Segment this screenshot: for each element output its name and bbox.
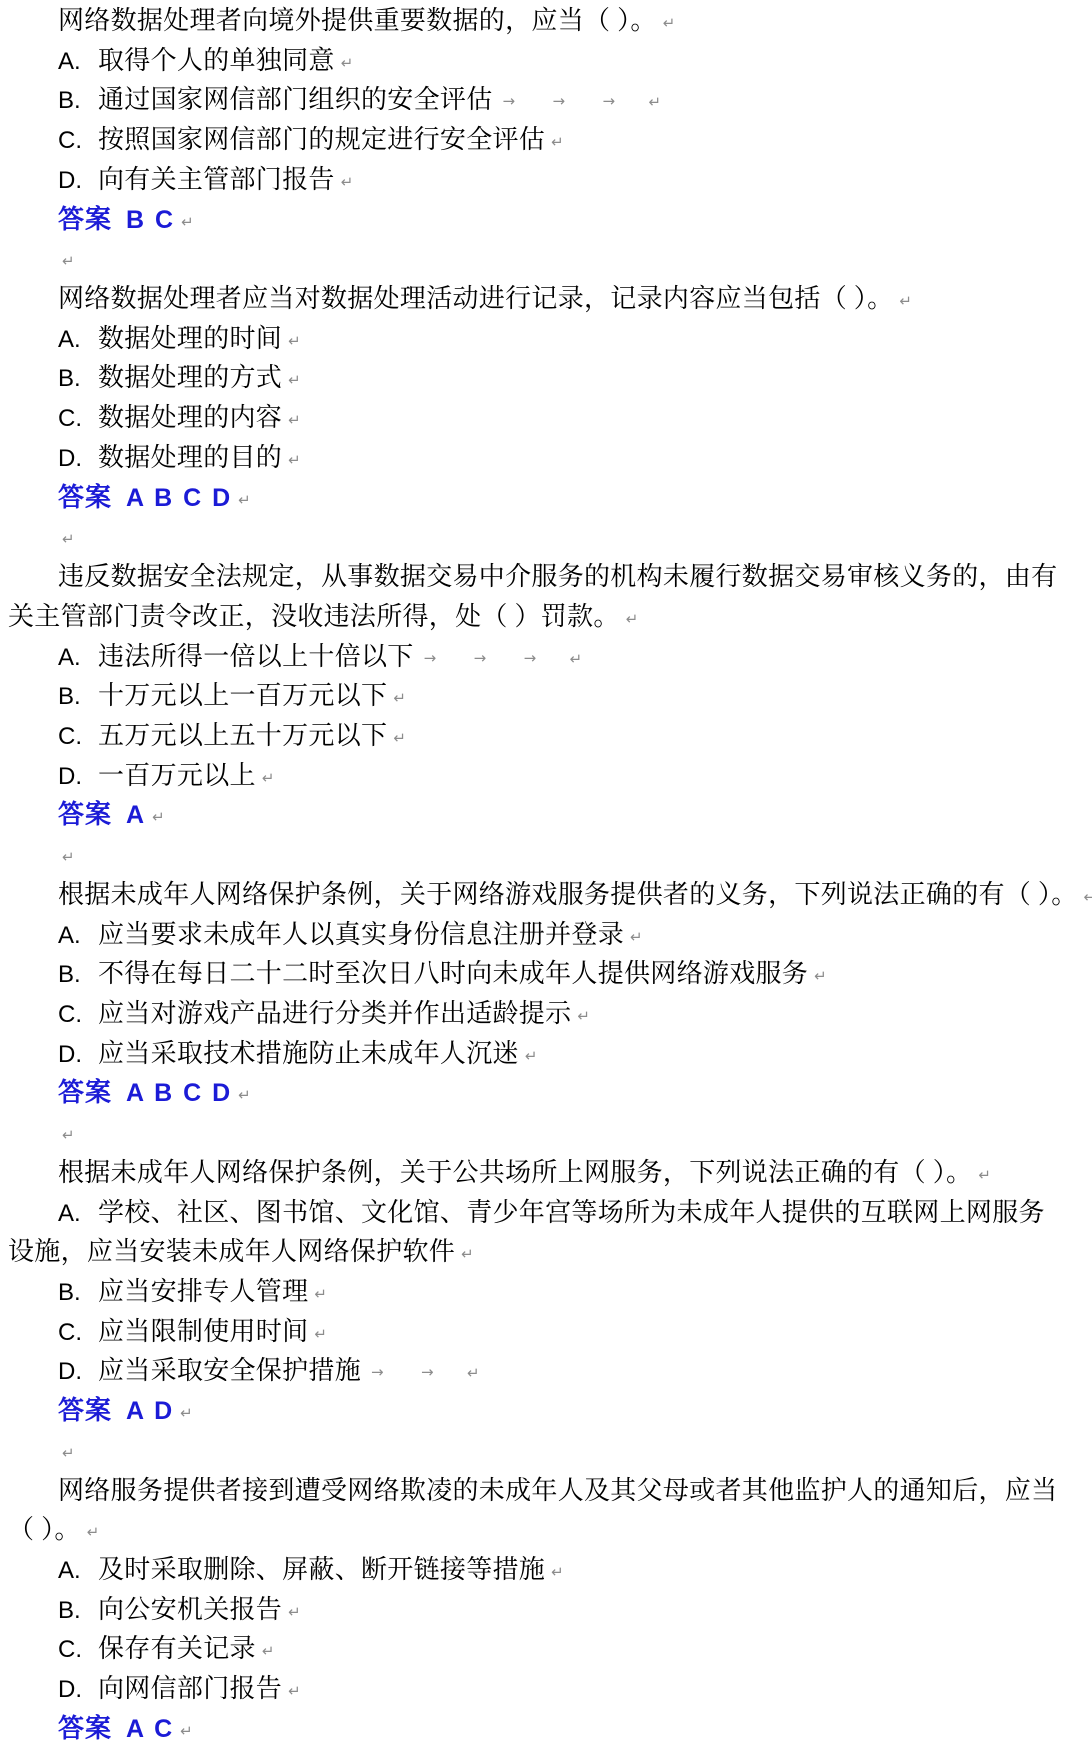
option-line: C.按照国家网信部门的规定进行安全评估↵ [0,120,1092,160]
option-letter: A. [58,42,98,82]
option-text: 应当要求未成年人以真实身份信息注册并登录 [98,920,624,949]
pilcrow-icon: ↵ [525,1047,538,1065]
pilcrow-icon: ↵ [288,371,301,389]
option-letter: C. [58,1630,98,1670]
pilcrow-icon: ↵ [393,689,406,707]
answer-label: 答案 [58,1714,112,1743]
option-letter: A. [58,320,98,360]
answer-line: 答案A C↵ [0,1709,1092,1748]
tab-arrow-icon: → [411,1353,461,1393]
answer-label: 答案 [58,205,112,234]
pilcrow-icon: ↵ [626,610,639,628]
answer-letters: A B C D [126,484,232,512]
question-line: 根据未成年人网络保护条例，关于网络游戏服务提供者的义务，下列说法正确的有（ ）。… [0,875,1092,915]
pilcrow-icon: ↵ [62,1444,75,1462]
option-text: 向有关主管部门报告 [98,165,335,194]
pilcrow-icon: ↵ [814,967,827,985]
answer-line: 答案A B C D↵ [0,1073,1092,1113]
option-letter: A. [58,1194,98,1234]
option-line: B.十万元以上一百万元以下↵ [0,676,1092,716]
pilcrow-icon: ↵ [649,93,662,111]
question-title: 网络服务提供者接到遭受网络欺凌的未成年人及其父母或者其他监护人的通知后，应当 [58,1476,1057,1505]
question-line: 根据未成年人网络保护条例，关于公共场所上网服务，下列说法正确的有（ ）。↵ [0,1153,1092,1193]
option-letter: B. [58,359,98,399]
option-line: D.向有关主管部门报告↵ [0,160,1092,200]
option-letter: C. [58,1313,98,1353]
option-text: 向网信部门报告 [98,1674,282,1703]
answer-line: 答案B C↵ [0,200,1092,240]
option-text: 应当采取技术措施防止未成年人沉迷 [98,1039,519,1068]
question-line: 违反数据安全法规定，从事数据交易中介服务的机构未履行数据交易审核义务的，由有 [0,557,1092,597]
answer-letters: A [126,801,146,829]
option-line: C.保存有关记录↵ [0,1629,1092,1669]
option-line: D.应当采取安全保护措施→→↵ [0,1351,1092,1391]
option-line: A.取得个人的单独同意↵ [0,41,1092,81]
option-letter: B. [58,955,98,995]
option-line: B.向公安机关报告↵ [0,1590,1092,1630]
question-title: 根据未成年人网络保护条例，关于网络游戏服务提供者的义务，下列说法正确的有（ ）。 [58,880,1078,909]
pilcrow-icon: ↵ [288,332,301,350]
tab-marks: →→→ [414,642,564,671]
pilcrow-icon: ↵ [62,252,75,270]
pilcrow-icon: ↵ [630,928,643,946]
option-text: 应当对游戏产品进行分类并作出适龄提示 [98,999,571,1028]
pilcrow-icon: ↵ [262,1642,275,1660]
option-text: 数据处理的内容 [98,403,282,432]
question-line: 网络数据处理者向境外提供重要数据的，应当（ ）。↵ [0,1,1092,41]
option-line: C.五万元以上五十万元以下↵ [0,716,1092,756]
option-letter: D. [58,757,98,797]
pilcrow-icon: ↵ [663,14,676,32]
pilcrow-icon: ↵ [262,769,275,787]
option-line: A.违法所得一倍以上十倍以下→→→↵ [0,637,1092,677]
question-title: 关主管部门责令改正，没收违法所得，处（ ）罚款。 [8,602,620,631]
pilcrow-icon: ↵ [577,1007,590,1025]
pilcrow-icon: ↵ [288,411,301,429]
tab-arrow-icon: → [514,639,564,679]
question-line: 网络服务提供者接到遭受网络欺凌的未成年人及其父母或者其他监护人的通知后，应当 [0,1471,1092,1511]
question-title: 违反数据安全法规定，从事数据交易中介服务的机构未履行数据交易审核义务的，由有 [58,562,1057,591]
option-line: B.不得在每日二十二时至次日八时向未成年人提供网络游戏服务↵ [0,954,1092,994]
pilcrow-icon: ↵ [570,650,583,668]
option-text: 五万元以上五十万元以下 [98,721,387,750]
option-letter: B. [58,1591,98,1631]
answer-letters: A D [126,1397,174,1425]
empty-line: ↵ [0,835,1092,875]
answer-label: 答案 [58,800,112,829]
option-text: 一百万元以上 [98,761,256,790]
option-text: 及时采取删除、屏蔽、断开链接等措施 [98,1555,545,1584]
option-text: 应当安排专人管理 [98,1277,308,1306]
pilcrow-icon: ↵ [341,173,354,191]
question-title: 网络数据处理者应当对数据处理活动进行记录，记录内容应当包括（ ）。 [58,284,893,313]
empty-line: ↵ [0,1113,1092,1153]
answer-line: 答案A B C D↵ [0,478,1092,518]
pilcrow-icon: ↵ [314,1285,327,1303]
option-text: 不得在每日二十二时至次日八时向未成年人提供网络游戏服务 [98,959,808,988]
option-line: A.数据处理的时间↵ [0,319,1092,359]
answer-label: 答案 [58,1078,112,1107]
option-text: 学校、社区、图书馆、文化馆、青少年宫等场所为未成年人提供的互联网上网服务 [98,1198,1045,1227]
pilcrow-icon: ↵ [314,1325,327,1343]
option-line: C.应当限制使用时间↵ [0,1312,1092,1352]
question-title: 根据未成年人网络保护条例，关于公共场所上网服务，下列说法正确的有（ ）。 [58,1158,972,1187]
tab-arrow-icon: → [414,639,464,679]
tab-arrow-icon: → [543,82,593,122]
option-line: B.应当安排专人管理↵ [0,1272,1092,1312]
pilcrow-icon: ↵ [180,1404,193,1422]
question-line: 网络数据处理者应当对数据处理活动进行记录，记录内容应当包括（ ）。↵ [0,279,1092,319]
option-letter: A. [58,638,98,678]
option-text: 数据处理的时间 [98,324,282,353]
question-title: 网络数据处理者向境外提供重要数据的，应当（ ）。 [58,6,657,35]
question-title: （ ）。 [8,1515,81,1544]
pilcrow-icon: ↵ [180,1722,193,1740]
pilcrow-icon: ↵ [62,1126,75,1144]
pilcrow-icon: ↵ [467,1364,480,1382]
option-line: A.及时采取删除、屏蔽、断开链接等措施↵ [0,1550,1092,1590]
answer-line: 答案A D↵ [0,1391,1092,1431]
tab-marks: →→ [361,1356,461,1385]
option-text: 通过国家网信部门组织的安全评估 [98,85,493,114]
pilcrow-icon: ↵ [181,213,194,231]
tab-arrow-icon: → [493,82,543,122]
pilcrow-icon: ↵ [978,1166,991,1184]
document-page: 网络数据处理者向境外提供重要数据的，应当（ ）。↵ A.取得个人的单独同意↵ B… [0,0,1092,1748]
tab-arrow-icon: → [464,639,514,679]
option-letter: B. [58,81,98,121]
tab-marks: →→→ [493,85,643,114]
option-letter: D. [58,1035,98,1075]
pilcrow-icon: ↵ [461,1245,474,1263]
option-letter: C. [58,995,98,1035]
option-letter: B. [58,677,98,717]
pilcrow-icon: ↵ [62,848,75,866]
option-text: 数据处理的方式 [98,363,282,392]
option-text: 保存有关记录 [98,1634,256,1663]
option-letter: D. [58,161,98,201]
pilcrow-icon: ↵ [899,292,912,310]
option-line-continued: 设施，应当安装未成年人网络保护软件↵ [0,1232,1092,1272]
empty-line: ↵ [0,239,1092,279]
option-letter: A. [58,1551,98,1591]
pilcrow-icon: ↵ [1084,888,1092,906]
option-text: 取得个人的单独同意 [98,46,335,75]
option-letter: D. [58,1670,98,1710]
pilcrow-icon: ↵ [341,54,354,72]
answer-line: 答案A↵ [0,795,1092,835]
option-text: 设施，应当安装未成年人网络保护软件 [8,1237,455,1266]
pilcrow-icon: ↵ [551,1563,564,1581]
option-line: A.学校、社区、图书馆、文化馆、青少年宫等场所为未成年人提供的互联网上网服务 [0,1193,1092,1233]
answer-label: 答案 [58,1396,112,1425]
tab-arrow-icon: → [593,82,643,122]
pilcrow-icon: ↵ [87,1523,100,1541]
option-line: D.应当采取技术措施防止未成年人沉迷↵ [0,1034,1092,1074]
option-line: C.数据处理的内容↵ [0,398,1092,438]
option-letter: C. [58,717,98,757]
option-letter: C. [58,121,98,161]
tab-arrow-icon: → [361,1353,411,1393]
option-text: 数据处理的目的 [98,443,282,472]
option-letter: D. [58,1352,98,1392]
option-text: 违法所得一倍以上十倍以下 [98,642,414,671]
pilcrow-icon: ↵ [551,133,564,151]
option-line: A.应当要求未成年人以真实身份信息注册并登录↵ [0,915,1092,955]
option-text: 应当限制使用时间 [98,1317,308,1346]
pilcrow-icon: ↵ [238,491,251,509]
option-line: B.数据处理的方式↵ [0,358,1092,398]
option-line: D.一百万元以上↵ [0,756,1092,796]
empty-line: ↵ [0,517,1092,557]
answer-label: 答案 [58,483,112,512]
option-line: C.应当对游戏产品进行分类并作出适龄提示↵ [0,994,1092,1034]
empty-line: ↵ [0,1431,1092,1471]
pilcrow-icon: ↵ [62,530,75,548]
option-text: 向公安机关报告 [98,1595,282,1624]
option-text: 应当采取安全保护措施 [98,1356,361,1385]
question-line-continued: （ ）。↵ [0,1510,1092,1550]
pilcrow-icon: ↵ [393,729,406,747]
option-line: B.通过国家网信部门组织的安全评估→→→↵ [0,80,1092,120]
pilcrow-icon: ↵ [288,1682,301,1700]
question-line-continued: 关主管部门责令改正，没收违法所得，处（ ）罚款。↵ [0,597,1092,637]
pilcrow-icon: ↵ [152,808,165,826]
option-letter: A. [58,916,98,956]
option-letter: C. [58,399,98,439]
pilcrow-icon: ↵ [288,451,301,469]
answer-letters: B C [126,206,175,234]
option-line: D.数据处理的目的↵ [0,438,1092,478]
answer-letters: A B C D [126,1079,232,1107]
option-text: 十万元以上一百万元以下 [98,681,387,710]
pilcrow-icon: ↵ [238,1086,251,1104]
option-letter: B. [58,1273,98,1313]
option-letter: D. [58,439,98,479]
pilcrow-icon: ↵ [288,1603,301,1621]
answer-letters: A C [126,1715,174,1743]
option-line: D.向网信部门报告↵ [0,1669,1092,1709]
option-text: 按照国家网信部门的规定进行安全评估 [98,125,545,154]
